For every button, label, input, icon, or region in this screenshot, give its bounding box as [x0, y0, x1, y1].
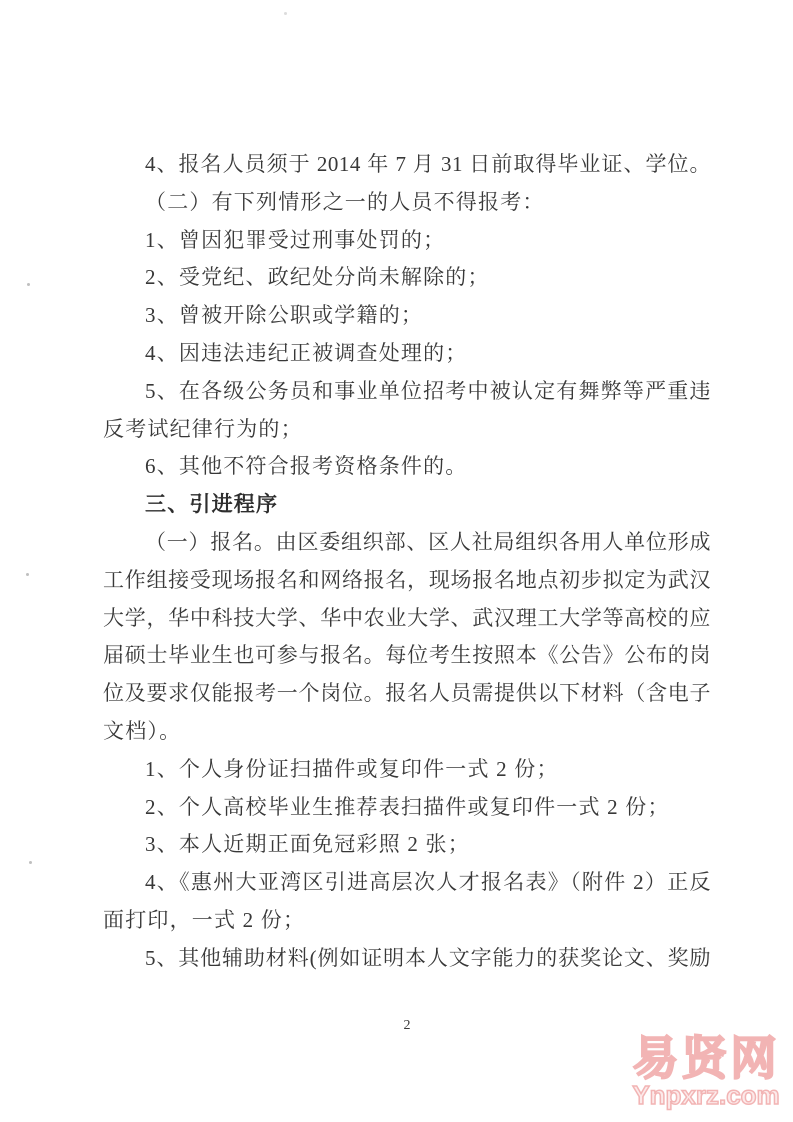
text-line: 4、报名人员须于 2014 年 7 月 31 日前取得毕业证、学位。 [103, 146, 711, 184]
scan-speck [284, 12, 287, 15]
page-number: 2 [103, 1018, 711, 1034]
text-line: 面打印，一式 2 份； [103, 902, 711, 940]
text-line: 3、本人近期正面免冠彩照 2 张； [103, 826, 711, 864]
text-line: 工作组接受现场报名和网络报名，现场报名地点初步拟定为武汉 [103, 562, 711, 600]
text-line: 4、因违法违纪正被调查处理的； [103, 335, 711, 373]
watermark: 易贤网 Ynpxrz.com [621, 1034, 791, 1108]
text-line: 2、个人高校毕业生推荐表扫描件或复印件一式 2 份； [103, 789, 711, 827]
scan-speck [27, 283, 30, 286]
text-line: 3、曾被开除公职或学籍的； [103, 297, 711, 335]
text-line: 2、受党纪、政纪处分尚未解除的； [103, 259, 711, 297]
watermark-site-name: 易贤网 [621, 1034, 791, 1082]
text-line: 大学，华中科技大学、华中农业大学、武汉理工大学等高校的应 [103, 600, 711, 638]
text-line: 1、曾因犯罪受过刑事处罚的； [103, 222, 711, 260]
text-line: 位及要求仅能报考一个岗位。报名人员需提供以下材料（含电子 [103, 675, 711, 713]
text-line: 4、《惠州大亚湾区引进高层次人才报名表》（附件 2）正反 [103, 864, 711, 902]
text-line: （一）报名。由区委组织部、区人社局组织各用人单位形成 [103, 524, 711, 562]
text-line: 5、在各级公务员和事业单位招考中被认定有舞弊等严重违 [103, 373, 711, 411]
section-heading: 三、引进程序 [103, 486, 711, 524]
text-line: 6、其他不符合报考资格条件的。 [103, 448, 711, 486]
scan-speck [29, 861, 32, 864]
text-line: 1、个人身份证扫描件或复印件一式 2 份； [103, 751, 711, 789]
text-line: （二）有下列情形之一的人员不得报考： [103, 184, 711, 222]
document-page: 4、报名人员须于 2014 年 7 月 31 日前取得毕业证、学位。 （二）有下… [0, 0, 793, 1122]
text-line: 反考试纪律行为的； [103, 411, 711, 449]
text-line: 文档）。 [103, 713, 711, 751]
watermark-site-url: Ynpxrz.com [621, 1082, 791, 1108]
scan-speck [26, 573, 29, 576]
document-body: 4、报名人员须于 2014 年 7 月 31 日前取得毕业证、学位。 （二）有下… [103, 146, 711, 978]
text-line: 届硕士毕业生也可参与报名。每位考生按照本《公告》公布的岗 [103, 637, 711, 675]
text-line: 5、其他辅助材料(例如证明本人文字能力的获奖论文、奖励 [103, 940, 711, 978]
